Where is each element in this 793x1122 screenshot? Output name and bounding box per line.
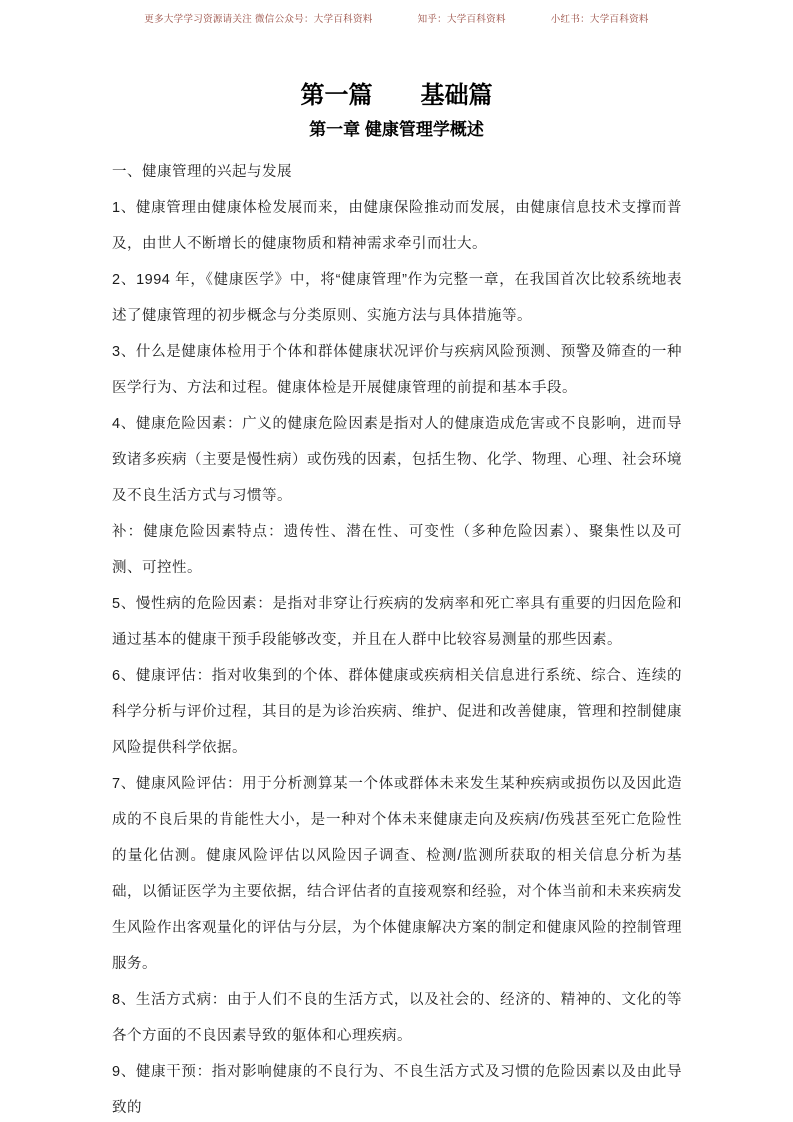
paragraph-6: 6、健康评估：指对收集到的个体、群体健康或疾病相关信息进行系统、综合、连续的科学… xyxy=(112,658,682,766)
header-segment-xiaohongshu: 小红书：大学百科资料 xyxy=(551,11,649,25)
part-title: 第一篇 基础篇 xyxy=(0,81,793,111)
paragraph-supplement: 补：健康危险因素特点：遗传性、潜在性、可变性（多种危险因素）、聚集性以及可测、可… xyxy=(112,514,682,586)
document-body: 一、健康管理的兴起与发展 1、健康管理由健康体检发展而来，由健康保险推动而发展，… xyxy=(112,154,682,1122)
paragraph-4: 4、健康危险因素：广义的健康危险因素是指对人的健康造成危害或不良影响，进而导致诸… xyxy=(112,406,682,514)
paragraph-9: 9、健康干预：指对影响健康的不良行为、不良生活方式及习惯的危险因素以及由此导致的 xyxy=(112,1054,682,1122)
page-header-note: 更多大学学习资源请关注 微信公众号：大学百科资料 知乎：大学百科资料 小红书：大… xyxy=(0,0,793,25)
paragraph-8: 8、生活方式病：由于人们不良的生活方式，以及社会的、经济的、精神的、文化的等各个… xyxy=(112,982,682,1054)
header-segment-zhihu: 知乎：大学百科资料 xyxy=(418,11,506,25)
paragraph-7: 7、健康风险评估：用于分析测算某一个体或群体未来发生某种疾病或损伤以及因此造成的… xyxy=(112,766,682,982)
paragraph-1: 1、健康管理由健康体检发展而来，由健康保险推动而发展，由健康信息技术支撑而普及，… xyxy=(112,190,682,262)
paragraph-2: 2、1994 年，《健康医学》中，将“健康管理”作为完整一章，在我国首次比较系统… xyxy=(112,262,682,334)
header-segment-wechat: 更多大学学习资源请关注 微信公众号：大学百科资料 xyxy=(144,11,372,25)
section-heading: 一、健康管理的兴起与发展 xyxy=(112,154,682,190)
chapter-title: 第一章 健康管理学概述 xyxy=(0,118,793,142)
paragraph-5: 5、慢性病的危险因素：是指对非穿让行疾病的发病率和死亡率具有重要的归因危险和通过… xyxy=(112,586,682,658)
document-page: 更多大学学习资源请关注 微信公众号：大学百科资料 知乎：大学百科资料 小红书：大… xyxy=(0,0,793,1122)
paragraph-3: 3、什么是健康体检用于个体和群体健康状况评价与疾病风险预测、预警及筛查的一种医学… xyxy=(112,334,682,406)
